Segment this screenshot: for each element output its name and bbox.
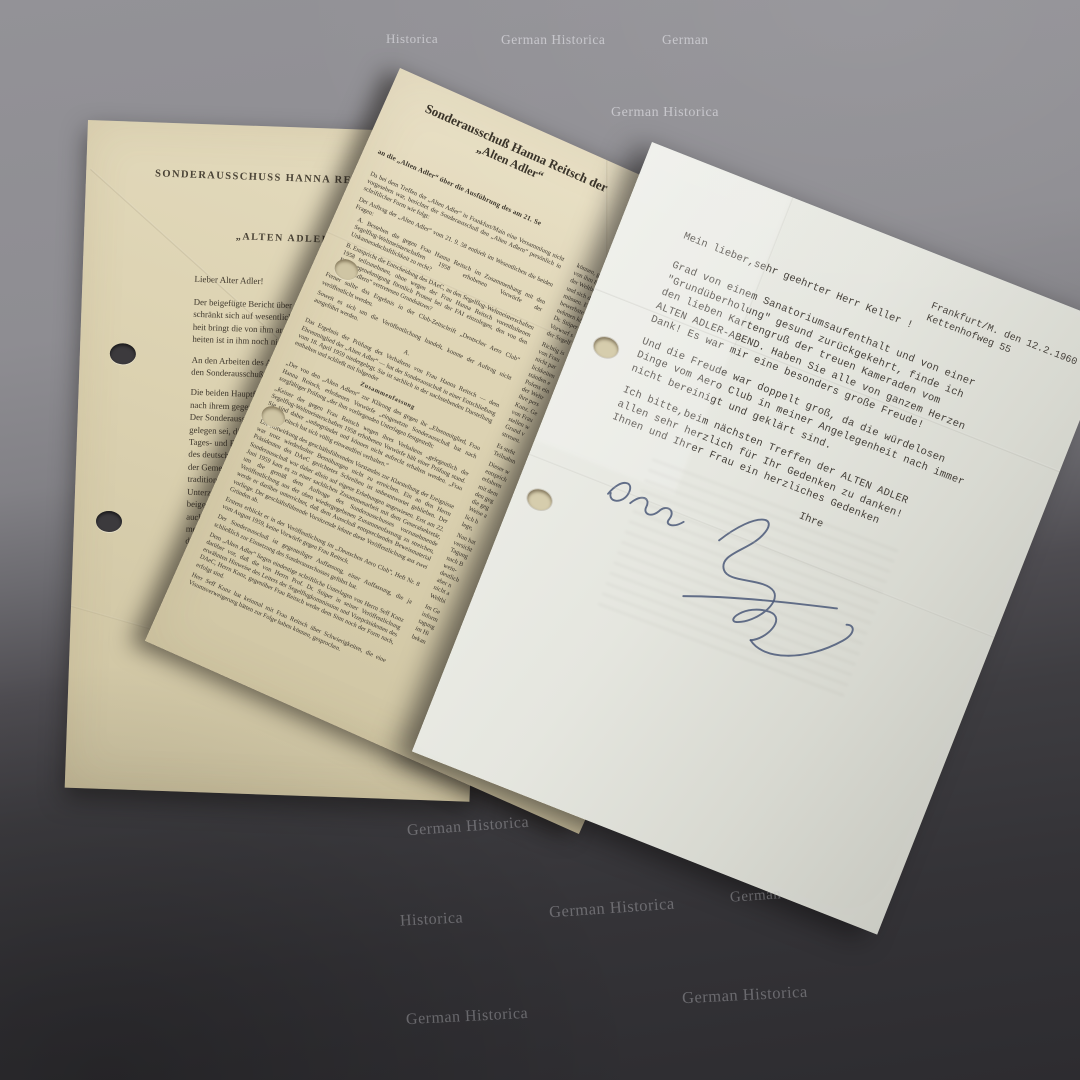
watermark-text: Historica — [400, 909, 464, 930]
watermark-text: German Historica — [548, 894, 675, 923]
watermark-text: German Historica — [501, 32, 605, 48]
watermark-text: German Historica — [406, 1005, 529, 1029]
watermark-text: Historica — [386, 31, 438, 47]
report-header-line: Sonderausschuß Hanna Reitsch der — [408, 94, 625, 202]
watermark-text: German Historica — [611, 105, 719, 121]
punch-hole — [110, 343, 137, 365]
watermark-text: German Historica — [682, 982, 809, 1009]
watermark-text: German — [662, 32, 708, 48]
watermark-text: German Historica — [407, 814, 530, 840]
punch-hole — [524, 486, 555, 514]
photo-of-documents: SONDERAUSSCHUSS HANNA REITSCH DER „ALTEN… — [0, 0, 1080, 1080]
punch-hole — [96, 511, 123, 533]
